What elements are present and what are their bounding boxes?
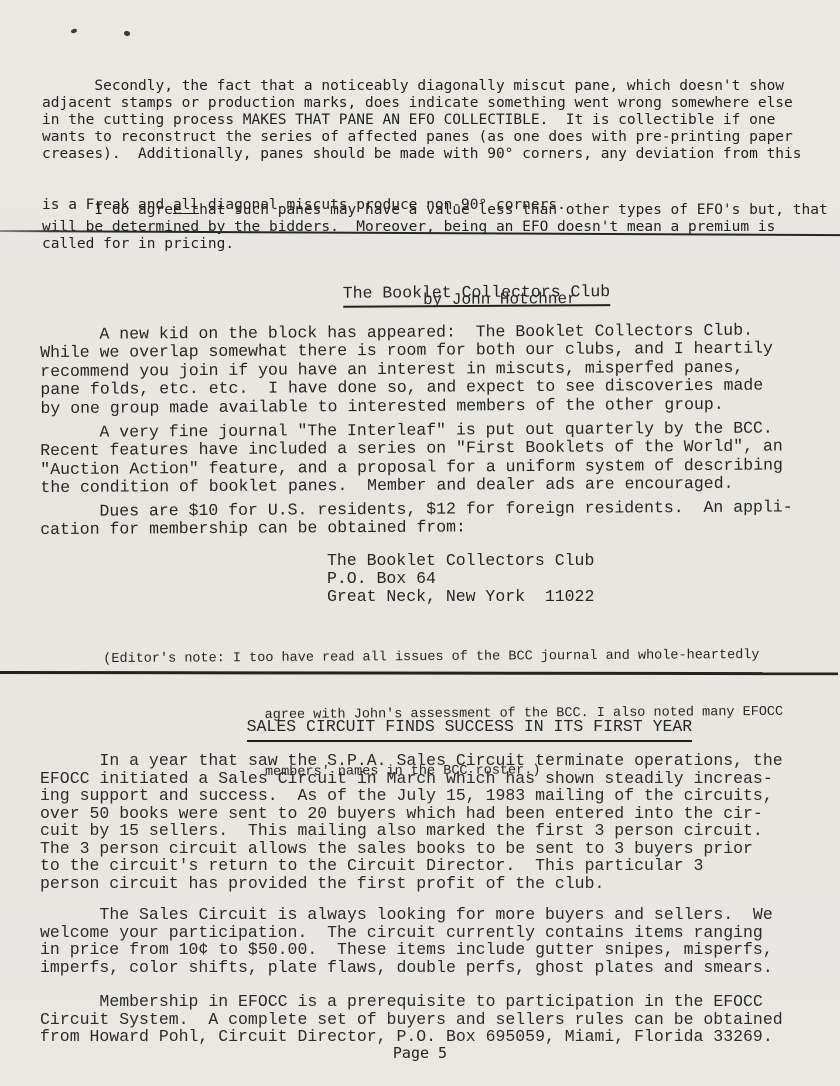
bcc-address-block: The Booklet Collectors Club P.O. Box 64 … <box>327 552 594 606</box>
paragraph-text: Secondly, the fact that a noticeably dia… <box>42 78 802 163</box>
paragraph-text: I do agree that such panes may have a va… <box>42 202 828 253</box>
sales-paragraph-2: The Sales Circuit is always looking for … <box>40 906 773 976</box>
page-number: Page 5 <box>0 1045 840 1062</box>
bcc-paragraph-1: A new kid on the block has appeared: The… <box>40 322 773 419</box>
bcc-paragraph-3: Dues are $10 for U.S. residents, $12 for… <box>40 498 793 539</box>
bcc-byline: by John Hotchner <box>423 290 577 309</box>
ink-speck <box>123 30 131 37</box>
newsletter-page: Secondly, the fact that a noticeably dia… <box>0 0 840 1086</box>
editor-note-line: (Editor's note: I too have read all issu… <box>103 646 783 669</box>
bcc-paragraph-2: A very fine journal "The Interleaf" is p… <box>40 419 783 497</box>
sales-section-title: SALES CIRCUIT FINDS SUCCESS IN ITS FIRST… <box>247 718 693 741</box>
sales-paragraph-3: Membership in EFOCC is a prerequisite to… <box>40 993 783 1046</box>
sales-paragraph-1: In a year that saw the S.P.A. Sales Circ… <box>40 752 783 892</box>
ink-speck <box>71 28 78 33</box>
